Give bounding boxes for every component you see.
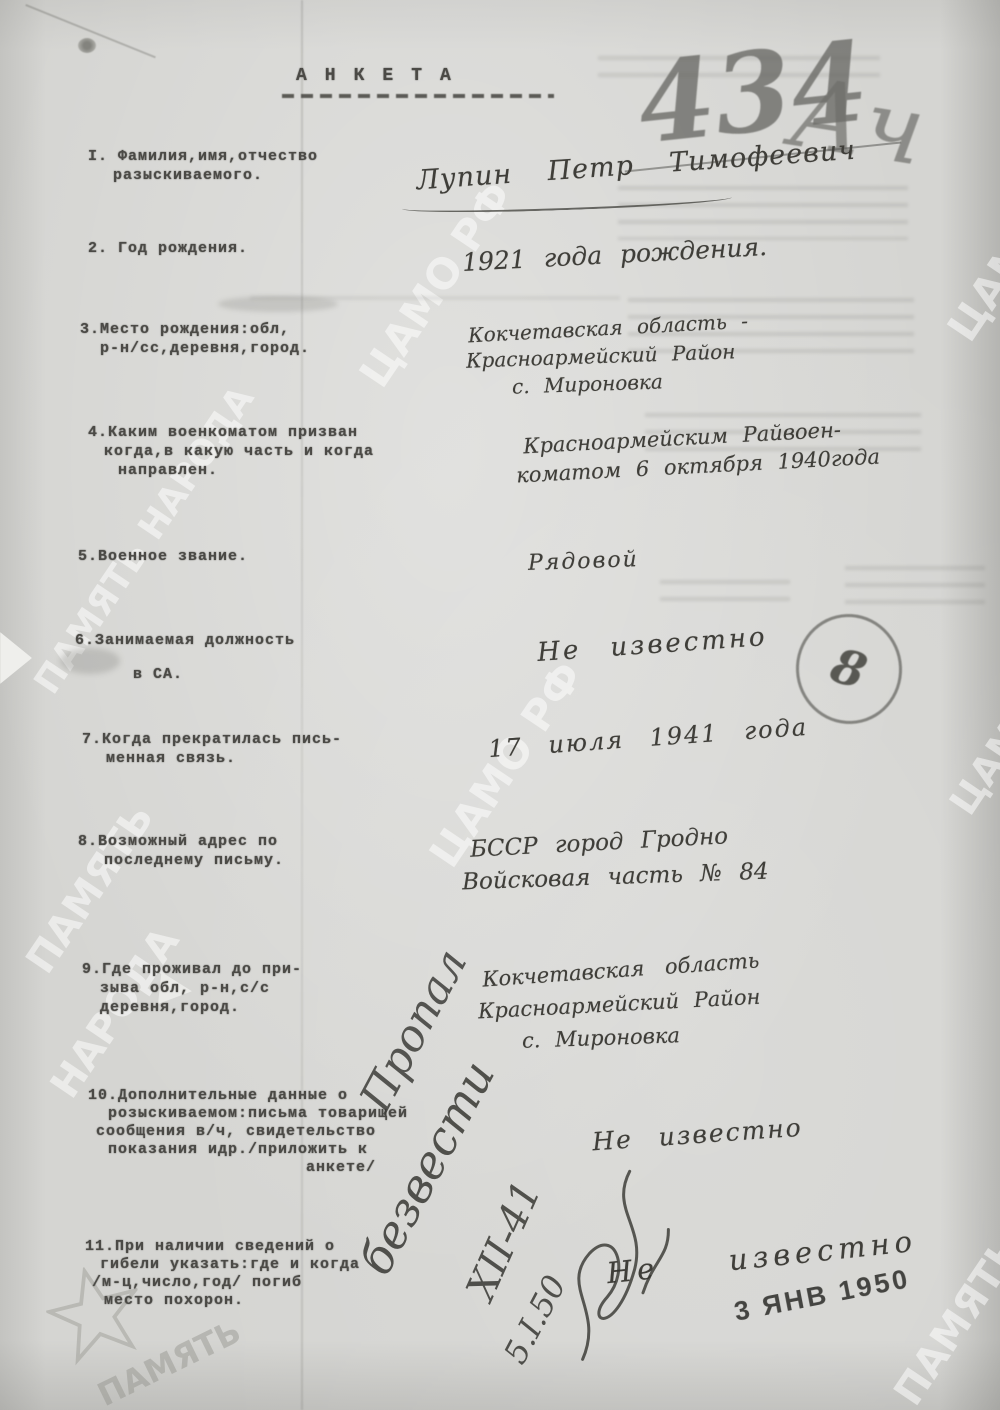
title-underline [282, 94, 554, 98]
question-5-line: 5.Военное звание. [78, 548, 248, 565]
question-11-line: место похорон. [104, 1292, 244, 1309]
smudge [60, 648, 120, 674]
question-6-line: 6.Занимаемая должность [75, 632, 295, 649]
question-4-line: когда,в какую часть и когда [104, 443, 374, 460]
bleedthrough-text [250, 296, 620, 310]
question-2-line: 2. Год рождения. [88, 240, 248, 257]
page-number-stamp-value: 8 [824, 637, 873, 701]
answer-6: Не известно [536, 622, 768, 668]
question-11-line: 11.При наличии сведений о [85, 1238, 335, 1255]
answer-5: Рядовой [528, 547, 640, 576]
question-8-line: 8.Возможный адрес по [78, 833, 278, 850]
paper-tear-left [0, 632, 32, 684]
watermark-tsamo: ЦАМО РФ [941, 621, 1000, 823]
question-10-line: показания идр./приложить к [108, 1141, 368, 1158]
question-1-line: I. Фамилия,имя,отчество [88, 148, 318, 165]
answer-7: 17 июля 1941 года [487, 713, 809, 763]
question-11-line: гибели указать:где и когда [100, 1256, 360, 1273]
scanned-document-page: ЦАМО РФ ЦАМО РФ ЦАМО РФ ЦАМО РФ ПАМЯТЬ Н… [0, 0, 1000, 1410]
question-7-line: менная связь. [106, 750, 236, 767]
bleedthrough-text [845, 566, 985, 606]
question-9-line: 9.Где проживал до при- [82, 961, 302, 978]
question-4-line: 4.Каким военкоматом призван [88, 424, 358, 441]
answer-9-line: Кокчетавская область [482, 948, 760, 991]
question-3-line: р-н/сс,деревня,город. [100, 340, 310, 357]
signature-scribble [522, 1137, 697, 1373]
question-8-line: последнему письму. [104, 852, 284, 869]
question-10-line: 10.Дополнительные данные о [88, 1087, 348, 1104]
question-6-line: в СА. [133, 666, 183, 683]
answer-9-line: с. Мироновка [522, 1023, 681, 1052]
question-11-line: /м-ц,число,год/ погиб [92, 1274, 302, 1291]
question-3-line: 3.Место рождения:обл, [80, 321, 290, 338]
answer-3-line: с. Мироновка [512, 369, 664, 398]
answer-8-line: БССР город Гродно [469, 823, 728, 862]
question-10-line: анкете/ [306, 1159, 376, 1176]
question-4-line: направлен. [118, 462, 218, 479]
answer-2: 1921 года рождения. [461, 232, 767, 277]
question-10-line: сообщения в/ч, свидетельство [96, 1123, 376, 1140]
bleedthrough-text [660, 580, 790, 602]
answer-8-line: Войсковая часть № 84 [462, 859, 769, 896]
question-9-line: зыва обл, р-н,с/с [100, 980, 270, 997]
question-9-line: деревня,город. [100, 999, 240, 1016]
question-7-line: 7.Когда прекратилась пись- [82, 731, 342, 748]
answer-9-line: Красноармейский Район [478, 985, 761, 1024]
edge-scratch [25, 4, 156, 58]
form-title: АНКЕТА [296, 66, 469, 86]
fold-crease [301, 0, 303, 1410]
question-1-line: разыскиваемого. [113, 167, 263, 184]
paper-hole [78, 38, 96, 53]
watermark-pamyat: ПАМЯТЬ [17, 796, 163, 982]
watermark-tsamo: ЦАМО РФ [938, 127, 1000, 350]
question-10-line: розыскиваемом:письма товарищей [108, 1105, 408, 1122]
